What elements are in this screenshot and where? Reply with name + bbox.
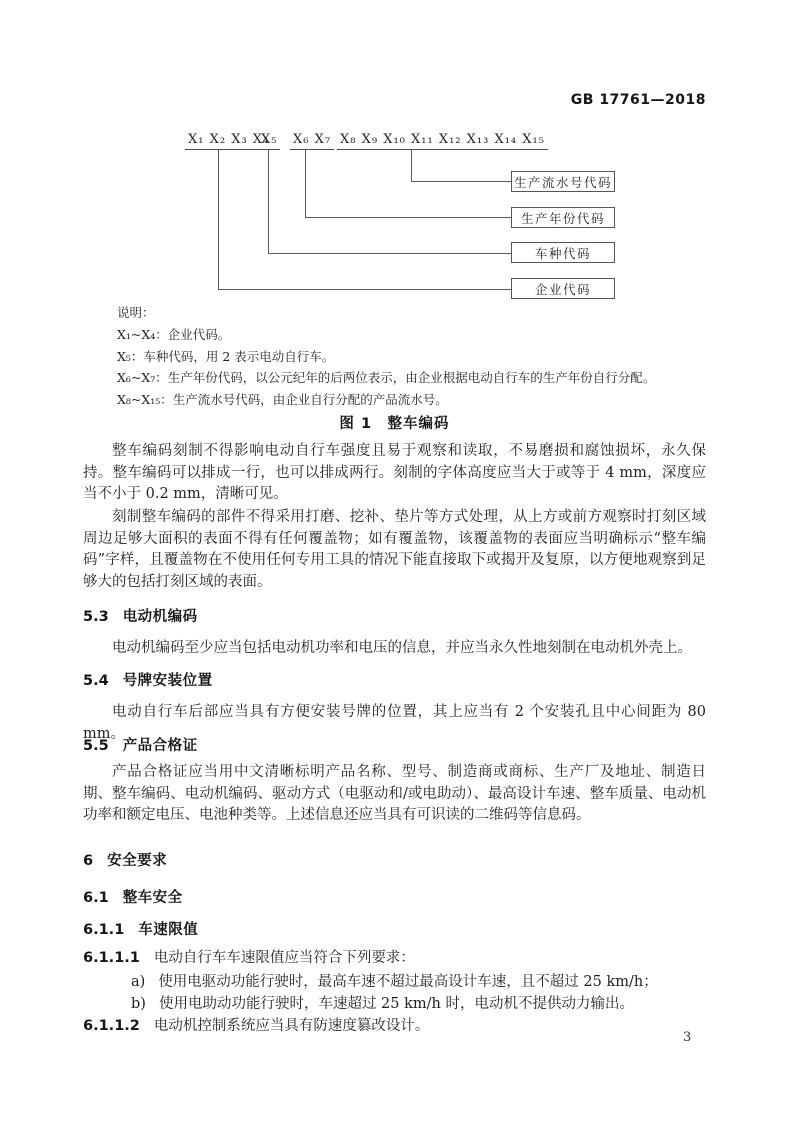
heading-title: 号牌安装位置	[123, 669, 213, 690]
heading-number: 5.4	[83, 673, 109, 689]
clause-text: 电动机控制系统应当具有防速度篡改设计。	[154, 1016, 430, 1038]
clause-6-1-1-2: 6.1.1.2 电动机控制系统应当具有防速度篡改设计。	[83, 1016, 706, 1038]
connector-vline-year	[305, 149, 306, 217]
figure-box-production-year-code: 生产年份代码	[511, 207, 615, 228]
list-item-label: b)	[131, 994, 146, 1016]
list-item-text: 使用电助动功能行驶时，车速超过 25 km/h 时，电动机不提供动力输出。	[159, 994, 634, 1016]
document-page: GB 17761—2018 X₁ X₂ X₃ X₄ X₅ X₆ X₇ X₈ X₉…	[0, 0, 793, 1122]
legend-item-vehicle-type: X₅：车种代码，用 2 表示电动自行车。	[117, 346, 697, 368]
paragraph-5-3: 电动机编码至少应当包括电动机功率和电压的信息，并应当永久性地刻制在电动机外壳上。	[83, 638, 706, 660]
heading-6-1: 6.1 整车安全	[83, 886, 183, 907]
heading-6: 6 安全要求	[83, 849, 167, 870]
legend-item-year: X₆~X₇：生产年份代码，以公元纪年的后两位表示，由企业根据电动自行车的生产年份…	[117, 367, 697, 389]
connector-vline-vehicle-type	[268, 149, 269, 253]
connector-hline-serial	[411, 181, 511, 182]
list-item-label: a)	[131, 972, 145, 994]
connector-vline-serial	[411, 149, 412, 181]
code-group-year: X₆ X₇	[290, 133, 334, 150]
connector-hline-enterprise	[218, 289, 511, 290]
heading-number: 6	[83, 853, 93, 869]
code-group-vehicle-type: X₅	[258, 133, 280, 150]
heading-title: 安全要求	[107, 849, 167, 870]
connector-hline-year	[305, 217, 511, 218]
heading-title: 电动机编码	[123, 605, 198, 626]
list-item-a: a) 使用电驱动功能行驶时，最高车速不超过最高设计车速，且不超过 25 km/h…	[131, 972, 706, 994]
figure-legend: 说明： X₁~X₄：企业代码。 X₅：车种代码，用 2 表示电动自行车。 X₆~…	[117, 302, 697, 411]
paragraph-marking-2: 刻制整车编码的部件不得采用打磨、挖补、垫片等方式处理，从上方或前方观察时打刻区域…	[83, 507, 706, 593]
heading-title: 车速限值	[138, 918, 198, 939]
heading-number: 6.1.1	[83, 922, 124, 938]
list-item-text: 使用电驱动功能行驶时，最高车速不超过最高设计车速，且不超过 25 km/h；	[158, 972, 657, 994]
heading-5-4: 5.4 号牌安装位置	[83, 669, 213, 690]
clause-number: 6.1.1.2	[83, 1016, 140, 1038]
paragraph-5-5: 产品合格证应当用中文清晰标明产品名称、型号、制造商或商标、生产厂及地址、制造日期…	[83, 762, 706, 827]
legend-item-serial: X₈~X₁₅：生产流水号代码，由企业自行分配的产品流水号。	[117, 389, 697, 411]
heading-number: 5.5	[83, 738, 109, 754]
standard-number-header: GB 17761—2018	[571, 92, 706, 108]
heading-5-3: 5.3 电动机编码	[83, 605, 198, 626]
legend-item-enterprise: X₁~X₄：企业代码。	[117, 324, 697, 346]
heading-title: 整车安全	[123, 886, 183, 907]
heading-5-5: 5.5 产品合格证	[83, 734, 198, 755]
code-group-serial: X₈ X₉ X₁₀ X₁₁ X₁₂ X₁₃ X₁₄ X₁₅	[337, 133, 548, 150]
clause-number: 6.1.1.1	[83, 948, 140, 970]
heading-number: 5.3	[83, 609, 109, 625]
clause-6-1-1-1: 6.1.1.1 电动自行车车速限值应当符合下列要求：	[83, 948, 706, 970]
paragraph-marking-1: 整车编码刻制不得影响电动自行车强度且易于观察和读取，不易磨损和腐蚀损坏，永久保持…	[83, 441, 706, 506]
figure-box-enterprise-code: 企业代码	[511, 278, 615, 299]
legend-title: 说明：	[117, 302, 697, 324]
heading-title: 产品合格证	[123, 734, 198, 755]
heading-number: 6.1	[83, 890, 109, 906]
page-number: 3	[683, 1030, 691, 1045]
connector-vline-enterprise	[218, 149, 219, 289]
figure-box-production-serial-code: 生产流水号代码	[511, 171, 615, 192]
connector-hline-vehicle-type	[268, 253, 511, 254]
figure-box-vehicle-type-code: 车种代码	[511, 242, 615, 263]
clause-text: 电动自行车车速限值应当符合下列要求：	[154, 948, 415, 970]
heading-6-1-1: 6.1.1 车速限值	[83, 918, 198, 939]
figure-caption: 图 1 整车编码	[83, 412, 706, 433]
list-item-b: b) 使用电助动功能行驶时，车速超过 25 km/h 时，电动机不提供动力输出。	[131, 994, 706, 1016]
